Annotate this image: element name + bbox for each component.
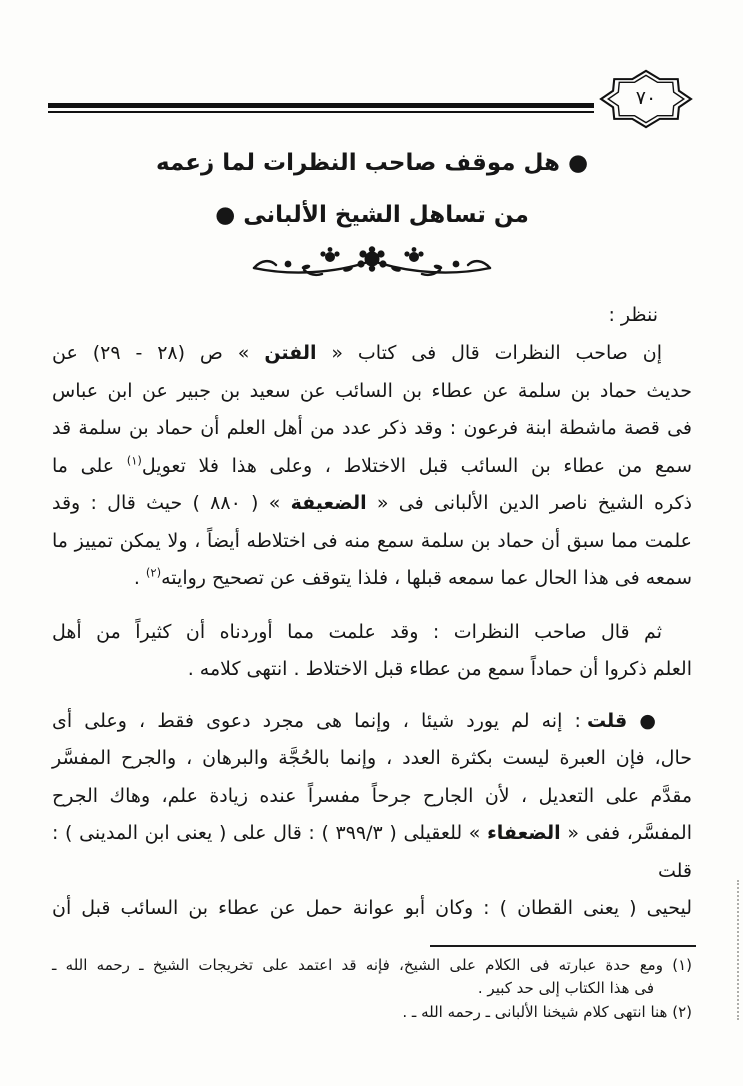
page-number-badge: ٧٠ (596, 69, 696, 129)
paragraph-1: إن صاحب النظرات قال فى كتاب « الفتن » ص … (52, 335, 692, 598)
header-double-rule (48, 103, 594, 113)
paragraph-2: ثم قال صاحب النظرات : وقد علمت مما أوردن… (52, 614, 692, 689)
floral-ornament-icon (244, 244, 500, 284)
footnote-2-line-1: (٢) هنا انتهى كلام شيخنا الألبانى ـ رحمه… (52, 1001, 692, 1025)
footnote-1-line-2: فى هذا الكتاب إلى حد كبير . (52, 977, 692, 1001)
body-line: سمعه فى هذا الحال عما سمعه قبلها ، فلذا … (52, 560, 692, 598)
body-line: مقدَّم على التعديل ، لأن الجارح جرحاً مف… (52, 778, 692, 816)
floral-divider (52, 241, 692, 287)
paragraph-3: ● قلت : إنه لم يورد شيئا ، وإنما هى مجرد… (52, 703, 692, 928)
body-line: إن صاحب النظرات قال فى كتاب « الفتن » ص … (52, 335, 692, 373)
chapter-title-line-1: ● هل موقف صاحب النظرات لما زعمه (52, 137, 692, 189)
footnote-1-line-1: (١) ومع حدة عبارته فى الكلام على الشيخ، … (52, 954, 692, 978)
body-line: ذكره الشيخ ناصر الدين الألبانى فى « الضع… (52, 485, 692, 523)
scanned-book-page: ٧٠ ● هل موقف صاحب النظرات لما زعمه من تس… (0, 0, 743, 1086)
chapter-title-line-2: من تساهل الشيخ الألبانى ● (52, 189, 692, 241)
body-line: العلم ذكروا أن حماداً سمع من عطاء قبل ال… (52, 651, 692, 689)
body-line: سمع من عطاء بن السائب قبل الاختلاط ، وعل… (52, 448, 692, 486)
body-line: حال، فإن العبرة ليست بكثرة العدد ، وإنما… (52, 740, 692, 778)
body-line: ● قلت : إنه لم يورد شيئا ، وإنما هى مجرد… (52, 703, 692, 741)
intro-line: ننظر : (52, 295, 692, 335)
scan-artifact-edge (737, 880, 739, 1020)
footnote-separator (430, 945, 696, 947)
body-line: فى قصة ماشطة ابنة فرعون : وقد ذكر عدد من… (52, 410, 692, 448)
body-line: المفسَّر، ففى « الضعفاء » للعقيلى ( ٣٩٩/… (52, 815, 692, 890)
text-column: ● هل موقف صاحب النظرات لما زعمه من تساهل… (52, 137, 692, 1024)
body-line: ثم قال صاحب النظرات : وقد علمت مما أوردن… (52, 614, 692, 652)
body-line: ليحيى ( يعنى القطان ) : وكان أبو عوانة ح… (52, 890, 692, 928)
page-number: ٧٠ (596, 69, 696, 129)
body-line: علمت مما سبق أن حماد بن سلمة سمع منه فى … (52, 523, 692, 561)
body-line: حديث حماد بن سلمة عن عطاء بن السائب عن س… (52, 373, 692, 411)
footnotes: (١) ومع حدة عبارته فى الكلام على الشيخ، … (52, 954, 692, 1025)
